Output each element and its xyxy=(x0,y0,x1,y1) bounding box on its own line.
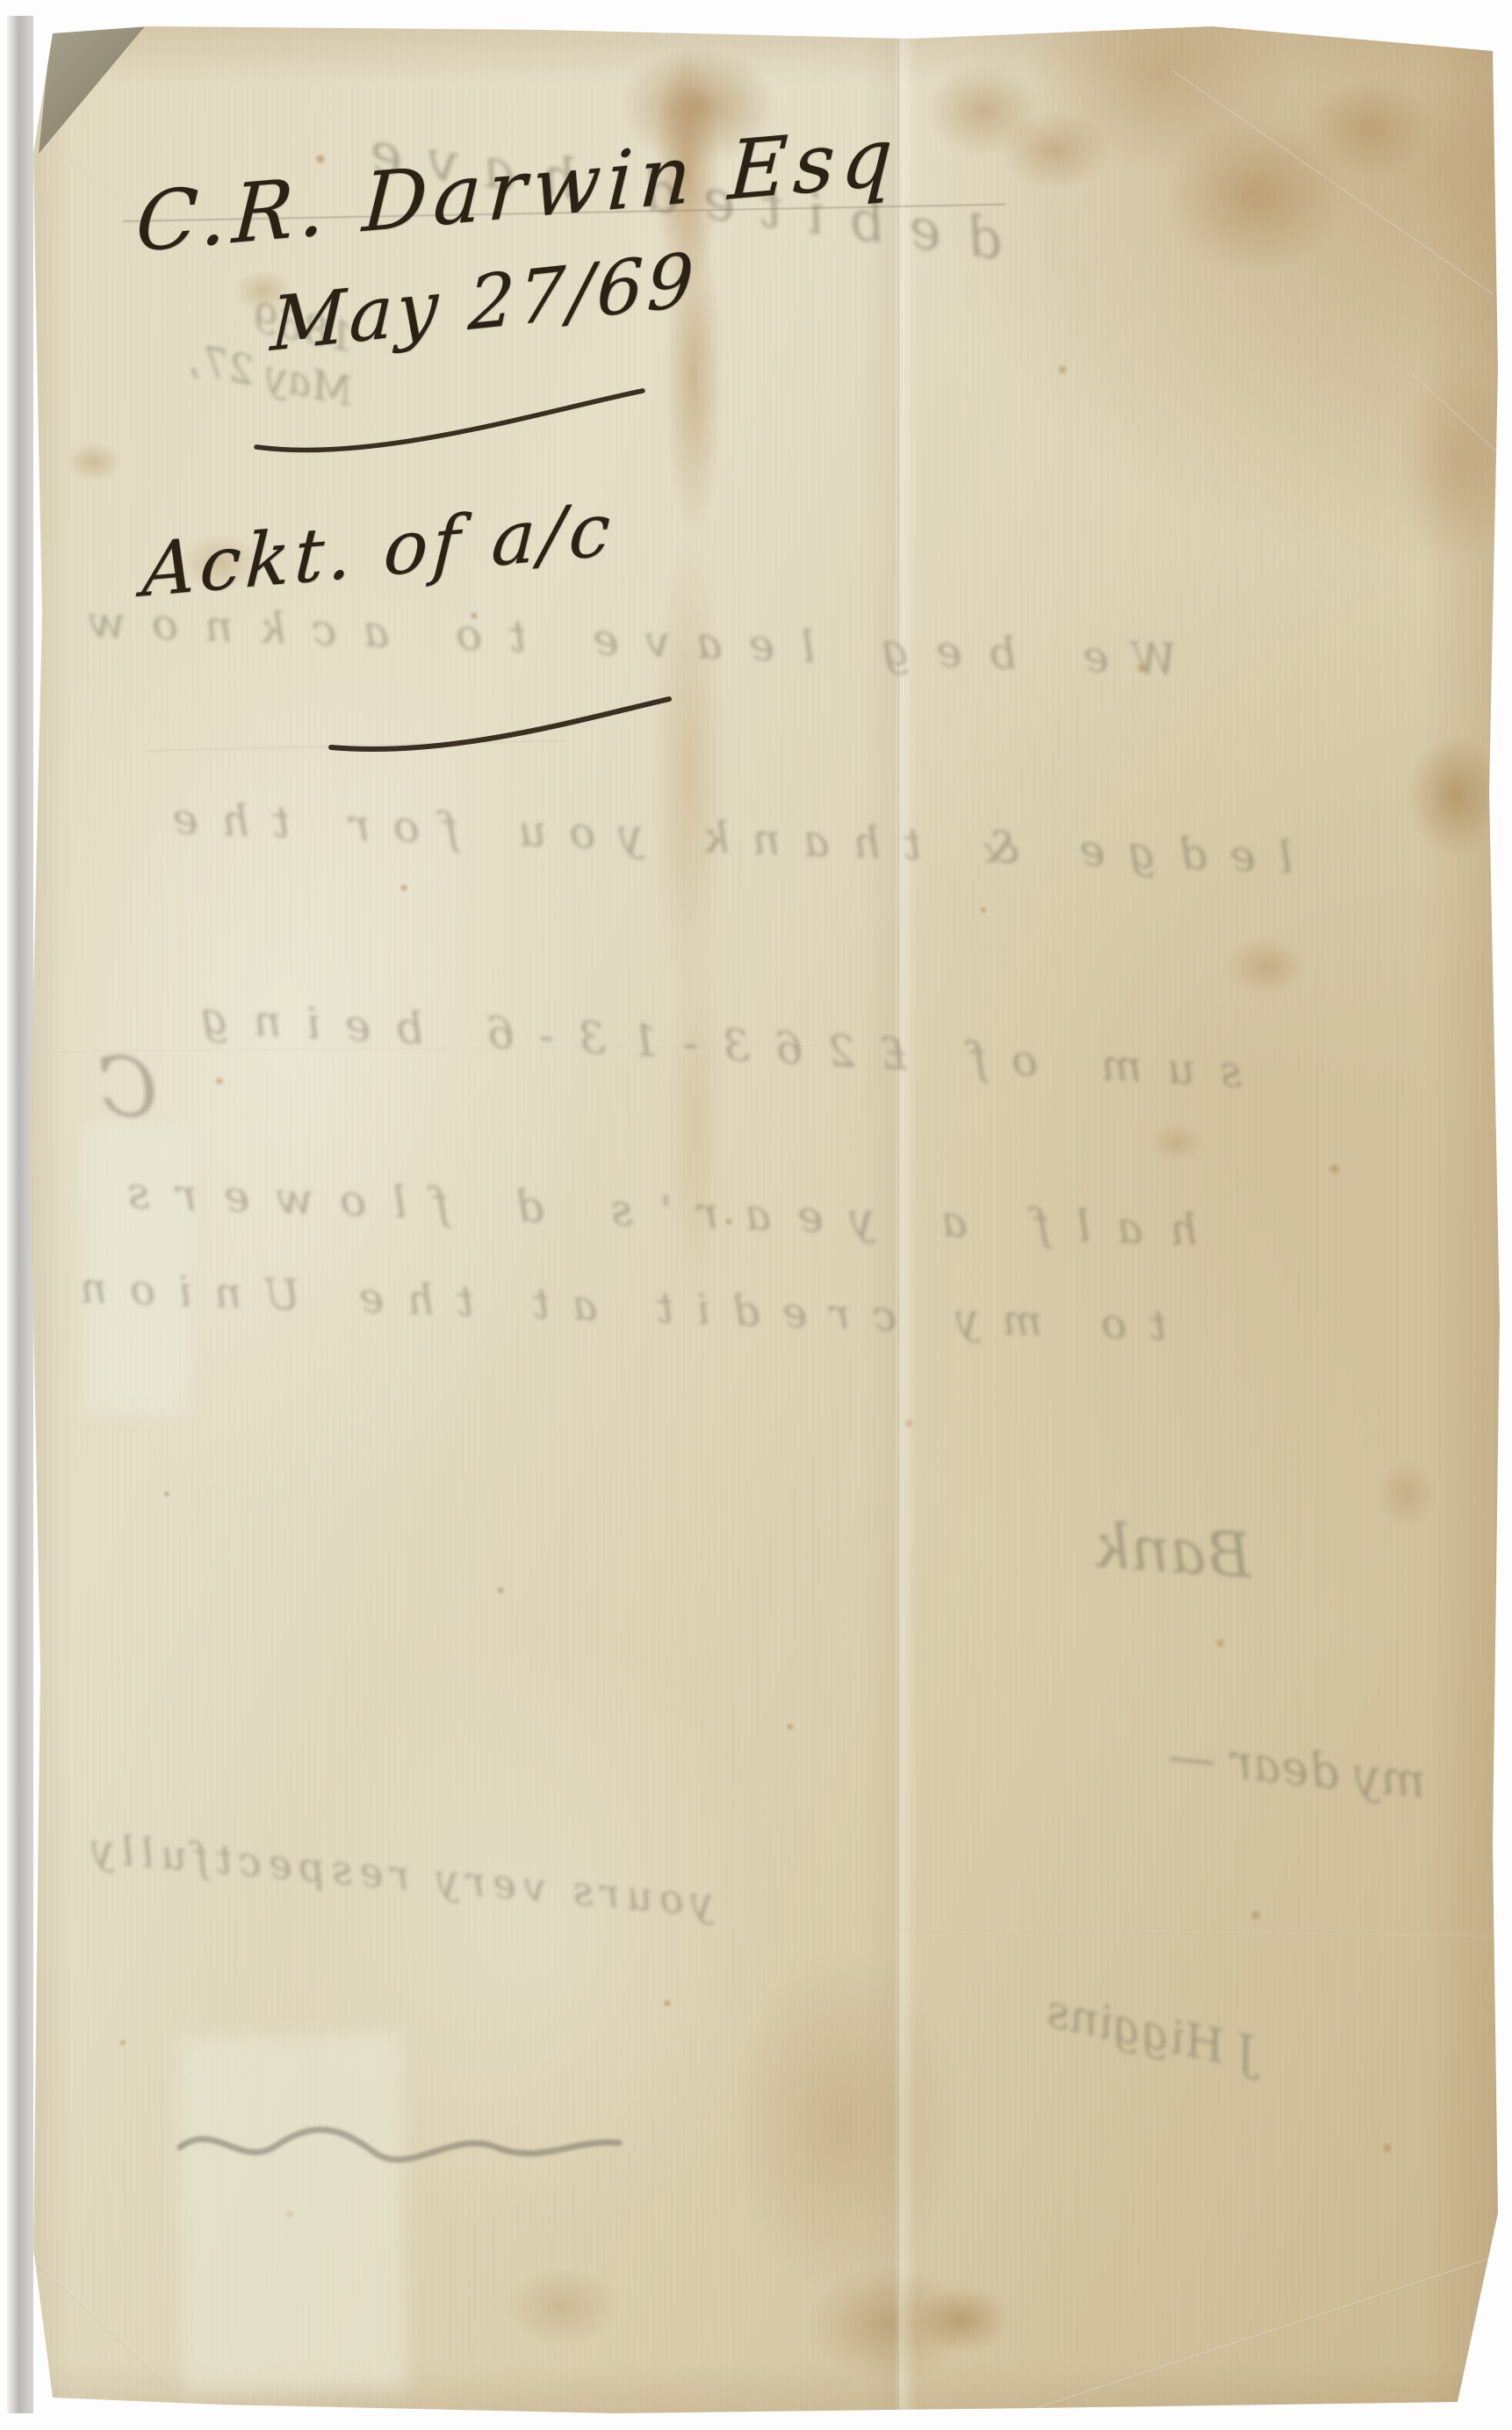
date-underline-flourish xyxy=(243,379,665,471)
scanned-document: debited have 1869 May 27, We beg leave t… xyxy=(0,0,1512,2430)
scanner-edge-shadow xyxy=(7,16,33,2413)
show-through-signature-squiggle xyxy=(162,2103,637,2178)
show-through-line: Bank xyxy=(1091,1510,1254,1592)
show-through-loop: C xyxy=(92,1038,163,1138)
pressed-light-patch xyxy=(176,2034,407,2393)
subject-underline-flourish xyxy=(318,686,695,765)
manuscript-paper: debited have 1869 May 27, We beg leave t… xyxy=(19,23,1501,2415)
